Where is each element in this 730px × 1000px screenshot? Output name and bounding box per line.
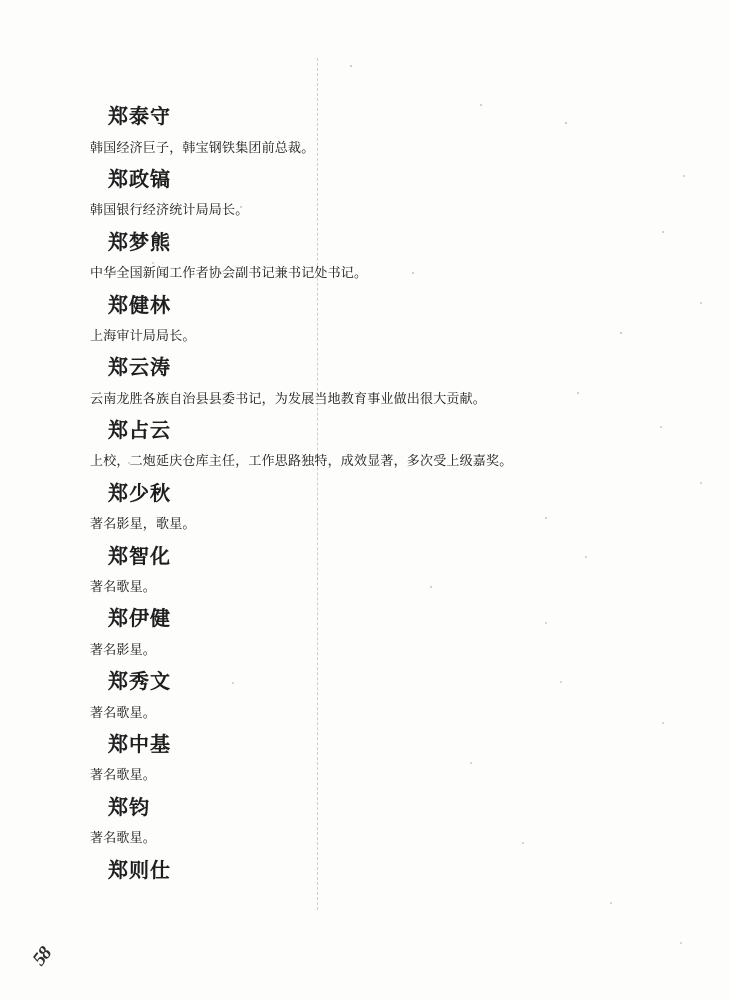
name-entry: 郑钧 著名歌星。	[0, 790, 730, 853]
name-entry: 郑秀文 著名歌星。	[0, 664, 730, 727]
entry-description: 中华全国新闻工作者协会副书记兼书记处书记。	[0, 262, 367, 281]
entry-description: 著名歌星。	[0, 702, 156, 721]
entry-description-line: 著名歌星。	[0, 821, 730, 852]
name-entry: 郑云涛 云南龙胜各族自治县县委书记，为发展当地教育事业做出很大贡献。	[0, 350, 730, 413]
entry-name: 郑泰守	[0, 100, 171, 129]
entry-name: 郑则仕	[0, 854, 171, 883]
entry-name: 郑占云	[0, 414, 171, 443]
entry-heading-line: 郑梦熊	[0, 225, 730, 256]
entry-description: 上校，二炮延庆仓库主任，工作思路独特，成效显著，多次受上级嘉奖。	[0, 450, 512, 469]
entry-name: 郑梦熊	[0, 226, 171, 255]
name-entry: 郑占云 上校，二炮延庆仓库主任，工作思路独特，成效显著，多次受上级嘉奖。	[0, 413, 730, 476]
entry-heading-line: 郑秀文	[0, 664, 730, 695]
scanned-document-page: 郑泰守 韩国经济巨子，韩宝钢铁集团前总裁。 郑政镐 韩国银行经济统计局局长。 郑…	[0, 0, 730, 1000]
entry-heading-line: 郑少秋	[0, 476, 730, 507]
entry-description: 韩国银行经济统计局局长。	[0, 199, 248, 218]
name-entry: 郑中基 著名歌星。	[0, 727, 730, 790]
entry-heading-line: 郑健林	[0, 287, 730, 318]
entry-description-line: 著名影星，歌星。	[0, 507, 730, 538]
entry-description-line: 上校，二炮延庆仓库主任，工作思路独特，成效显著，多次受上级嘉奖。	[0, 444, 730, 475]
entry-description: 云南龙胜各族自治县县委书记，为发展当地教育事业做出很大贡献。	[0, 388, 486, 407]
entry-description: 上海审计局局长。	[0, 325, 196, 344]
entry-description-line: 著名歌星。	[0, 695, 730, 726]
entry-name: 郑云涛	[0, 351, 171, 380]
entry-name: 郑伊健	[0, 602, 171, 631]
entry-description: 韩国经济巨子，韩宝钢铁集团前总裁。	[0, 137, 314, 156]
entry-description: 著名歌星。	[0, 576, 156, 595]
entry-description-line: 著名影星。	[0, 633, 730, 664]
entry-heading-line: 郑钧	[0, 790, 730, 821]
entry-heading-line: 郑泰守	[0, 99, 730, 130]
entry-name: 郑政镐	[0, 163, 171, 192]
name-entry: 郑伊健 著名影星。	[0, 601, 730, 664]
entry-description-line: 中华全国新闻工作者协会副书记兼书记处书记。	[0, 256, 730, 287]
entry-description-line: 著名歌星。	[0, 758, 730, 789]
entry-description-line: 著名歌星。	[0, 570, 730, 601]
entry-description: 著名影星，歌星。	[0, 513, 196, 532]
entry-heading-line: 郑则仕	[0, 852, 730, 883]
entry-description-line: 上海审计局局长。	[0, 319, 730, 350]
name-entry: 郑则仕	[0, 852, 730, 883]
entry-heading-line: 郑云涛	[0, 350, 730, 381]
entry-name: 郑中基	[0, 728, 171, 757]
entry-name: 郑秀文	[0, 665, 171, 694]
entry-description-line: 韩国银行经济统计局局长。	[0, 193, 730, 224]
entry-heading-line: 郑政镐	[0, 162, 730, 193]
entry-heading-line: 郑中基	[0, 727, 730, 758]
name-entry: 郑智化 著名歌星。	[0, 538, 730, 601]
name-entries-list: 郑泰守 韩国经济巨子，韩宝钢铁集团前总裁。 郑政镐 韩国银行经济统计局局长。 郑…	[0, 99, 730, 884]
entry-heading-line: 郑占云	[0, 413, 730, 444]
name-entry: 郑政镐 韩国银行经济统计局局长。	[0, 162, 730, 225]
scan-noise	[0, 0, 2, 2]
entry-heading-line: 郑伊健	[0, 601, 730, 632]
entry-heading-line: 郑智化	[0, 538, 730, 569]
entry-description: 著名歌星。	[0, 827, 156, 846]
entry-name: 郑钧	[0, 791, 150, 820]
entry-description-line: 云南龙胜各族自治县县委书记，为发展当地教育事业做出很大贡献。	[0, 382, 730, 413]
name-entry: 郑梦熊 中华全国新闻工作者协会副书记兼书记处书记。	[0, 225, 730, 288]
name-entry: 郑健林 上海审计局局长。	[0, 287, 730, 350]
name-entry: 郑泰守 韩国经济巨子，韩宝钢铁集团前总裁。	[0, 99, 730, 162]
entry-name: 郑智化	[0, 540, 171, 569]
entry-name: 郑健林	[0, 289, 171, 318]
name-entry: 郑少秋 著名影星，歌星。	[0, 476, 730, 539]
entry-description: 著名影星。	[0, 639, 156, 658]
entry-description: 著名歌星。	[0, 764, 156, 783]
entry-description-line: 韩国经济巨子，韩宝钢铁集团前总裁。	[0, 130, 730, 161]
handwritten-page-number: 58	[29, 944, 57, 971]
entry-name: 郑少秋	[0, 477, 171, 506]
